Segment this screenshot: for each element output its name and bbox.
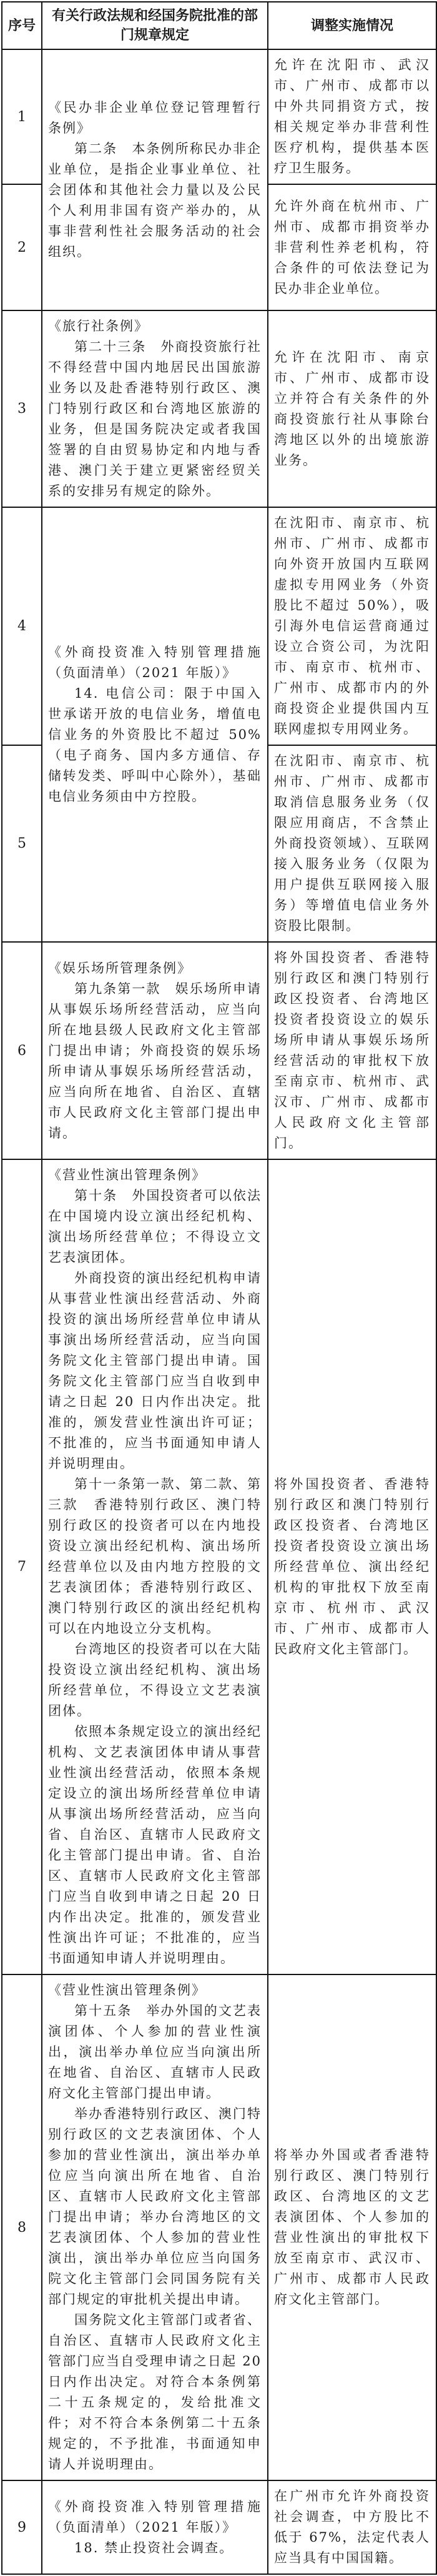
- regulation-paragraph: 台湾地区的投资者可以在大陆投资设立演出经纪机构、演出场所经营单位，不得设立文艺表…: [48, 1639, 262, 1721]
- row-number: 4: [2, 507, 42, 745]
- adjustment-cell: 在沈阳市、南京市、杭州市、广州市、成都市取消信息服务业务（仅限应用商店，不含禁止…: [268, 745, 436, 942]
- adjustment-cell: 允许在沈阳市、武汉市、广州市、成都市以中外共同捐资方式，按相关规定举办非营利性医…: [268, 49, 436, 184]
- adjustment-cell: 将外国投资者、香港特别行政区和澳门特别行政区投资者、台湾地区投资者投资设立演出场…: [268, 1159, 436, 1974]
- regulation-cell-row-6: 《娱乐场所管理条例》 第九条第一款 娱乐场所申请从事娱乐场所经营活动，应当向所在…: [42, 942, 268, 1159]
- adjustment-text: 允许在沈阳市、武汉市、广州市、成都市以中外共同捐资方式，按相关规定举办非营利性医…: [274, 55, 430, 179]
- regulation-paragraph: 第九条第一款 娱乐场所申请从事娱乐场所经营活动，应当向所在地县级人民政府文化主管…: [48, 979, 262, 1144]
- row-number: 6: [2, 942, 42, 1159]
- row-number: 5: [2, 745, 42, 942]
- regulation-title: 《外商投资准入特别管理措施（负面清单）（2021 年版）》: [48, 2497, 262, 2538]
- adjustment-text: 将外国投资者、香港特别行政区和澳门特别行政区投资者、台湾地区投资者投资设立演出场…: [274, 1474, 430, 1660]
- regulation-title: 《营业性演出管理条例》: [48, 1165, 262, 1186]
- table-row: 3 《旅行社条例》 第二十三条 外商投资旅行社不得经营中国内地居民出国旅游业务以…: [2, 310, 436, 507]
- header-row: 序号 有关行政法规和经国务院批准的部门规章规定 调整实施情况: [2, 2, 436, 49]
- regulation-paragraph: 依照本条规定设立的演出经纪机构、文艺表演团体申请从事营业性演出经营活动，依照本条…: [48, 1721, 262, 1969]
- table-row: 1 《民办非企业单位登记管理暂行条例》 第二条 本条例所称民办非企业单位，是指企…: [2, 49, 436, 184]
- adjustment-cell: 在广州市允许外商投资社会调查，中方股比不低于 67%，法定代表人应当具有中国国籍…: [268, 2480, 436, 2574]
- document-page: 序号 有关行政法规和经国务院批准的部门规章规定 调整实施情况 1 《民办非企业单…: [0, 0, 437, 2576]
- regulation-paragraph: 国务院文化主管部门或者省、自治区、直辖市人民政府文化主管部门应当自受理申请之日起…: [48, 2310, 262, 2475]
- adjustment-text: 将外国投资者、香港特别行政区和澳门特别行政区投资者、台湾地区投资者投资设立的娱乐…: [274, 948, 430, 1154]
- regulation-paragraph: 外商投资的演出经纪机构申请从事营业性演出经营活动、外商投资的演出场所经营单位申请…: [48, 1268, 262, 1474]
- adjustment-cell: 将外国投资者、香港特别行政区和澳门特别行政区投资者、台湾地区投资者投资设立的娱乐…: [268, 942, 436, 1159]
- adjustment-cell: 将举办外国或者香港特别行政区、澳门特别行政区、台湾地区的文艺表演团体、个人参加的…: [268, 1974, 436, 2480]
- regulation-paragraph: 第二条 本条例所称民办非企业单位，是指企业事业单位、社会团体和其他社会力量以及公…: [48, 139, 262, 262]
- row-number: 3: [2, 310, 42, 507]
- regulation-title: 《民办非企业单位登记管理暂行条例》: [48, 97, 262, 139]
- adjustment-text: 在广州市允许外商投资社会调查，中方股比不低于 67%，法定代表人应当具有中国国籍…: [274, 2486, 430, 2569]
- row-number: 2: [2, 184, 42, 310]
- regulation-title: 《外商投资准入特别管理措施（负面清单）（2021 年版）》: [48, 642, 262, 683]
- regulation-paragraph: 第二十三条 外商投资旅行社不得经营中国内地居民出国旅游业务以及赴香港特别行政区、…: [48, 337, 262, 502]
- regulation-cell-rows-1-2: 《民办非企业单位登记管理暂行条例》 第二条 本条例所称民办非企业单位，是指企业事…: [42, 49, 268, 310]
- regulation-paragraph: 14. 电信公司：限于中国入世承诺开放的电信业务，增值电信业务的外资股比不超过 …: [48, 683, 262, 807]
- adjustment-text: 将举办外国或者香港特别行政区、澳门特别行政区、台湾地区的文艺表演团体、个人参加的…: [274, 2145, 430, 2310]
- adjustment-cell: 允许在沈阳市、南京市、广州市、成都市设立并符合有关条件的外商投资旅行社从事除台湾…: [268, 310, 436, 507]
- table-row: 6 《娱乐场所管理条例》 第九条第一款 娱乐场所申请从事娱乐场所经营活动，应当向…: [2, 942, 436, 1159]
- regulation-cell-row-3: 《旅行社条例》 第二十三条 外商投资旅行社不得经营中国内地居民出国旅游业务以及赴…: [42, 310, 268, 507]
- regulation-cell-row-8: 《营业性演出管理条例》 第十五条 举办外国的文艺表演团体、个人参加的营业性演出，…: [42, 1974, 268, 2480]
- column-header-regulation: 有关行政法规和经国务院批准的部门规章规定: [42, 2, 268, 49]
- regulation-adjustment-table: 序号 有关行政法规和经国务院批准的部门规章规定 调整实施情况 1 《民办非企业单…: [1, 1, 437, 2575]
- table-row: 9 《外商投资准入特别管理措施（负面清单）（2021 年版）》 18. 禁止投资…: [2, 2480, 436, 2574]
- regulation-paragraph: 第十一条第一款、第二款、第三款 香港特别行政区、澳门特别行政区的投资者可以在内地…: [48, 1474, 262, 1639]
- regulation-cell-row-7: 《营业性演出管理条例》 第十条 外国投资者可以依法在中国境内设立演出经纪机构、演…: [42, 1159, 268, 1974]
- regulation-paragraph: 第十五条 举办外国的文艺表演团体、个人参加的营业性演出，演出举办单位应当向演出所…: [48, 2001, 262, 2104]
- regulation-title: 《营业性演出管理条例》: [48, 1980, 262, 2001]
- regulation-title: 《娱乐场所管理条例》: [48, 958, 262, 979]
- adjustment-cell: 在沈阳市、南京市、杭州市、广州市、成都市向外资开放国内互联网虚拟专用网业务（外资…: [268, 507, 436, 745]
- adjustment-cell: 允许外商在杭州市、广州市、成都市捐资举办非营利性养老机构，符合条件的可依法登记为…: [268, 184, 436, 310]
- column-header-adjustment: 调整实施情况: [268, 2, 436, 49]
- column-header-num: 序号: [2, 2, 42, 49]
- regulation-paragraph: 举办香港特别行政区、澳门特别行政区的文艺表演团体、个人参加的营业性演出，演出举办…: [48, 2104, 262, 2310]
- adjustment-text: 允许外商在杭州市、广州市、成都市捐资举办非营利性养老机构，符合条件的可依法登记为…: [274, 196, 430, 299]
- regulation-cell-row-9: 《外商投资准入特别管理措施（负面清单）（2021 年版）》 18. 禁止投资社会…: [42, 2480, 268, 2574]
- row-number: 1: [2, 49, 42, 184]
- table-row: 8 《营业性演出管理条例》 第十五条 举办外国的文艺表演团体、个人参加的营业性演…: [2, 1974, 436, 2480]
- row-number: 9: [2, 2480, 42, 2574]
- row-number: 7: [2, 1159, 42, 1974]
- table-row: 7 《营业性演出管理条例》 第十条 外国投资者可以依法在中国境内设立演出经纪机构…: [2, 1159, 436, 1974]
- regulation-cell-rows-4-5: 《外商投资准入特别管理措施（负面清单）（2021 年版）》 14. 电信公司：限…: [42, 507, 268, 942]
- adjustment-text: 允许在沈阳市、南京市、广州市、成都市设立并符合有关条件的外商投资旅行社从事除台湾…: [274, 347, 430, 471]
- table-row: 4 《外商投资准入特别管理措施（负面清单）（2021 年版）》 14. 电信公司…: [2, 507, 436, 745]
- regulation-paragraph: 18. 禁止投资社会调查。: [48, 2538, 262, 2559]
- adjustment-text: 在沈阳市、南京市、杭州市、广州市、成都市取消信息服务业务（仅限应用商店，不含禁止…: [274, 751, 430, 936]
- adjustment-text: 在沈阳市、南京市、杭州市、广州市、成都市向外资开放国内互联网虚拟专用网业务（外资…: [274, 513, 430, 740]
- regulation-paragraph: 第十条 外国投资者可以依法在中国境内设立演出经纪机构、演出场所经营单位；不得设立…: [48, 1186, 262, 1268]
- regulation-title: 《旅行社条例》: [48, 316, 262, 337]
- row-number: 8: [2, 1974, 42, 2480]
